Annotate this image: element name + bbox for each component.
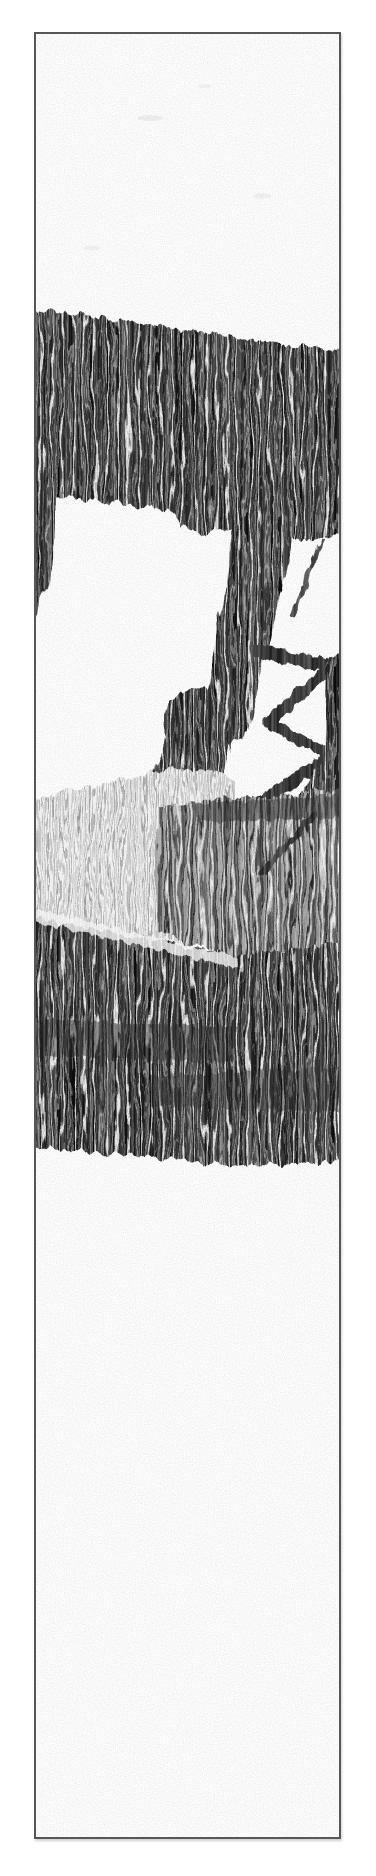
picture-frame-border <box>34 32 341 1839</box>
sketch-page <box>0 0 376 1876</box>
